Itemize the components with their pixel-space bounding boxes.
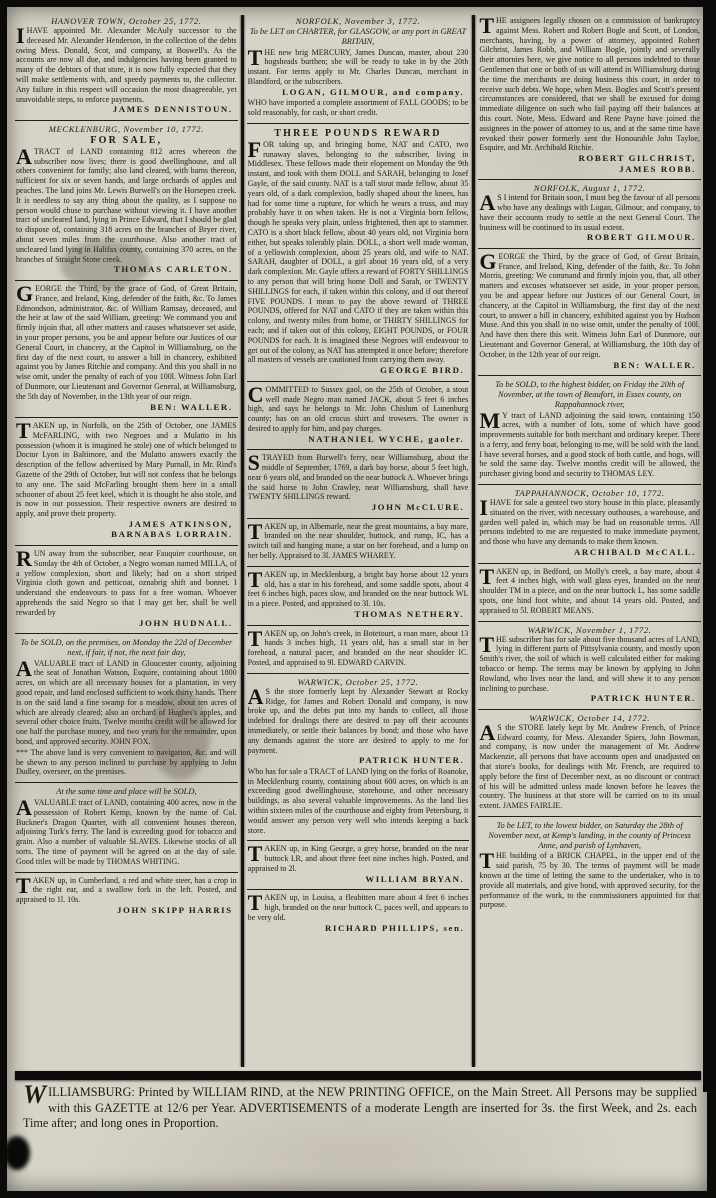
drop-capital: T [479,16,496,34]
signature: THOMAS NETHERY. [248,609,469,620]
signature: BEN: WALLER. [16,402,237,413]
ad-body: AS I intend for Britain soon, I must beg… [479,193,700,232]
signature: JAMES ROBB. [479,164,700,175]
drop-capital: T [479,635,496,653]
drop-capital: T [479,851,496,869]
ad-body: TAKEN up, in King George, a grey horse, … [248,844,469,873]
ad-body: AVALUABLE tract of LAND, containing 400 … [16,798,237,867]
newspaper-scan: HANOVER TOWN, October 25, 1772.IHAVE app… [0,0,716,1198]
ad-body: MY tract of LAND adjoining the said town… [479,411,700,480]
drop-capital: C [248,385,266,403]
ad-body: THE new brig MERCURY, James Duncan, mast… [248,48,469,87]
signature: JAMES ATKINSON, [16,519,237,530]
advertisement: TAKEN up, on John's creek, in Botetourt,… [247,625,470,671]
scan-edge-artifact [703,0,716,1092]
drop-capital: A [16,147,34,165]
advertisement: WARWICK, November 1, 1772.THE subscriber… [478,621,701,707]
imprint-dropcap: W [23,1085,48,1105]
advertisement: WARWICK, October 14, 1772.AS the STORE l… [478,709,701,814]
ad-body: AS the STORE lately kept by Mr. Andrew F… [479,723,700,811]
ad-heading: To be SOLD, on the premises, on Monday t… [16,638,237,658]
column-right: THE assignees legally chosen on a commis… [478,15,701,1067]
advertisement: At the same time and place will be SOLD,… [15,782,238,869]
newspaper-page: HANOVER TOWN, October 25, 1772.IHAVE app… [7,7,707,1191]
advertisement: HANOVER TOWN, October 25, 1772.IHAVE app… [15,15,238,118]
signature: BARNABAS LORRAIN. [16,529,237,540]
advertisement: TAKEN up, in Albemarle, near the great m… [247,518,470,564]
column-rule-2 [472,15,475,1067]
advertisement: COMMITTED to Sussex gaol, on the 25th of… [247,381,470,447]
ink-blot [4,1136,30,1170]
ad-body: THE assignees legally chosen on a commis… [479,16,700,153]
advertisement: THE assignees legally chosen on a commis… [478,15,701,177]
drop-capital: S [248,453,262,471]
ad-body: STRAYED from Burwell's ferry, near Willi… [248,453,469,502]
signature: NATHANIEL WYCHE, gaoler. [248,434,469,445]
advertisement: TAKEN up, in King George, a grey horse, … [247,840,470,887]
signature: GEORGE BIRD. [248,365,469,376]
drop-capital: A [16,798,34,816]
drop-capital: A [479,193,497,211]
drop-capital: T [248,844,265,862]
dateline: NORFOLK, November 3, 1772. [248,16,469,26]
ad-body: AS the store formerly kept by Alexander … [248,687,469,756]
drop-capital: F [248,140,263,158]
advertisement: GEORGE the Third, by the grace of God, o… [478,248,701,373]
signature: ROBERT GILMOUR. [479,232,700,243]
drop-capital: G [479,252,498,270]
ad-body: COMMITTED to Sussex gaol, on the 25th of… [248,385,469,434]
advertisement: WARWICK, October 25, 1772.AS the store f… [247,673,470,839]
advertisement: TAKEN up, in Norfolk, on the 25th of Oct… [15,417,238,543]
dateline: WARWICK, October 25, 1772. [248,677,469,687]
advertisement: NORFOLK, November 3, 1772.To be LET on C… [247,15,470,121]
drop-capital: I [479,498,490,516]
drop-capital: G [16,284,35,302]
signature: JOHN HUDNALL. [16,618,237,629]
ad-body: IHAVE appointed Mr. Alexander McAuly suc… [16,26,237,104]
ad-body: GEORGE the Third, by the grace of God, o… [16,284,237,402]
advertisement: TAKEN up, in Louisa, a fleabitten mare a… [247,889,470,936]
ad-heading: FOR SALE, [16,135,237,146]
drop-capital: T [248,893,265,911]
advertisement: To be LET, to the lowest bidder, on Satu… [478,816,701,913]
ad-body: TAKEN up, in Albemarle, near the great m… [248,522,469,561]
dateline: NORFOLK, August 1, 1772. [479,183,700,193]
advertisement: TAKEN up, in Bedford, on Molly's creek, … [478,563,701,619]
dateline: MECKLENBURG, November 10, 1772. [16,124,237,134]
ad-body: TAKEN up, in Mecklenburg, a bright bay h… [248,570,469,609]
advertisement: GEORGE the Third, by the grace of God, o… [15,280,238,415]
ink-smudge [150,690,210,780]
dateline: WARWICK, November 1, 1772. [479,625,700,635]
ad-body: FOR taking up, and bringing home, NAT an… [248,140,469,365]
drop-capital: R [16,549,34,567]
drop-capital: A [248,687,266,705]
ink-smudge [60,240,150,290]
drop-capital: T [248,570,265,588]
ad-heading: To be SOLD, to the highest bidder, on Fr… [479,380,700,409]
drop-capital: T [248,522,265,540]
advertisement: STRAYED from Burwell's ferry, near Willi… [247,449,470,515]
signature: PATRICK HUNTER. [479,693,700,704]
ad-body: IHAVE for sale a genteel two story house… [479,498,700,547]
columns-area: HANOVER TOWN, October 25, 1772.IHAVE app… [15,15,701,1067]
ad-body: TAKEN up, in Cumberland, a red and white… [16,876,237,905]
advertisement: To be SOLD, to the highest bidder, on Fr… [478,375,701,482]
signature: PATRICK HUNTER. [248,755,469,766]
drop-capital: I [16,26,27,44]
signature: RICHARD PHILLIPS, sen. [248,923,469,934]
signature: ARCHIBALD McCALL. [479,547,700,558]
ad-heading: To be LET, to the lowest bidder, on Satu… [479,821,700,850]
drop-capital: T [248,48,265,66]
dateline: HANOVER TOWN, October 25, 1772. [16,16,237,26]
ad-body: TAKEN up, on John's creek, in Botetourt,… [248,629,469,668]
ad-body: TAKEN up, in Louisa, a fleabitten mare a… [248,893,469,922]
footer-rule [15,1071,701,1080]
dateline: TAPPAHANNOCK, October 10, 1772. [479,488,700,498]
signature: JOHN SKIPP HARRIS [16,905,237,916]
advertisement: TAPPAHANNOCK, October 10, 1772.IHAVE for… [478,484,701,560]
drop-capital: T [16,876,33,894]
signature: LOGAN, GILMOUR, and company. [248,87,469,98]
signature: BEN: WALLER. [479,360,700,371]
advertisement: RUN away from the subscriber, near Fauqu… [15,545,238,631]
ad-body: RUN away from the subscriber, near Fauqu… [16,549,237,618]
drop-capital: A [16,659,34,677]
column-left: HANOVER TOWN, October 25, 1772.IHAVE app… [15,15,238,1067]
drop-capital: T [16,421,33,439]
ad-postscript: Who has for sale a TRACT of LAND lying o… [248,767,469,836]
advertisement: TAKEN up, in Cumberland, a red and white… [15,872,238,919]
drop-capital: T [248,629,265,647]
signature: JAMES DENNISTOUN. [16,104,237,115]
imprint-text: ILLIAMSBURG: Printed by WILLIAM RIND, at… [23,1085,697,1130]
column-middle: NORFOLK, November 3, 1772.To be LET on C… [247,15,470,1067]
ad-heading: At the same time and place will be SOLD, [16,787,237,797]
drop-capital: T [479,567,496,585]
advertisement: TAKEN up, in Mecklenburg, a bright bay h… [247,566,470,623]
dateline: WARWICK, October 14, 1772. [479,713,700,723]
drop-capital: A [479,723,497,741]
column-rule-1 [241,15,244,1067]
advertisement: THREE POUNDS REWARDFOR taking up, and br… [247,123,470,379]
ad-body: TAKEN up, in Norfolk, on the 25th of Oct… [16,421,237,519]
drop-capital: M [479,411,502,429]
advertisement: NORFOLK, August 1, 1772.AS I intend for … [478,179,701,246]
signature: JOHN McCLURE. [248,502,469,513]
ad-heading: THREE POUNDS REWARD [248,128,469,139]
ad-heading: To be LET on CHARTER, for GLASGOW, or an… [248,27,469,47]
ad-body: THE subscriber has for sale about five t… [479,635,700,694]
ad-body: TAKEN up, in Bedford, on Molly's creek, … [479,567,700,616]
signature: WILLIAM BRYAN. [248,874,469,885]
printer-imprint: WILLIAMSBURG: Printed by WILLIAM RIND, a… [15,1085,701,1132]
ad-body: THE building of a BRICK CHAPEL, in the u… [479,851,700,910]
ad-body: GEORGE the Third, by the grace of God, o… [479,252,700,360]
signature: ROBERT GILCHRIST, [479,153,700,164]
ad-postscript: WHO have imported a complete assortment … [248,98,469,118]
